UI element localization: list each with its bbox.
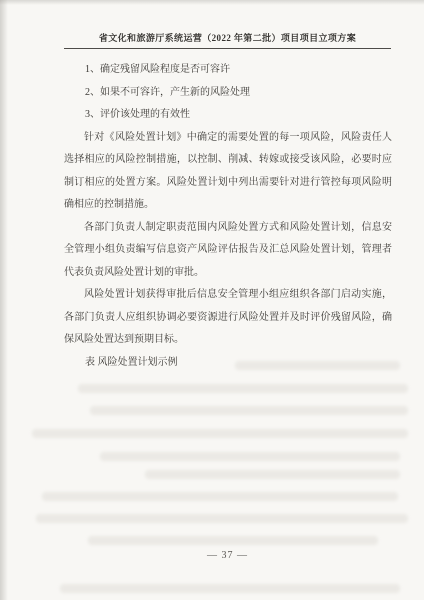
page-header-title: 省文化和旅游厅系统运营（2022 年第二批）项目项目立项方案 — [64, 31, 391, 44]
list-item-2: 2、如果不可容许，产生新的风险处理 — [64, 82, 392, 105]
page-number: — 37 — — [64, 550, 391, 561]
list-item-1: 1、确定残留风险程度是否可容许 — [64, 59, 392, 82]
list-item-3: 3、评价该处理的有效性 — [64, 104, 392, 127]
paragraph-3: 风险处置计划获得审批后信息安全管理小组应组织各部门启动实施，各部门负责人应组织协… — [64, 284, 392, 352]
paragraph-1: 针对《风险处置计划》中确定的需要处置的每一项风险，风险责任人选择相应的风险控制措… — [64, 127, 392, 217]
document-body: 1、确定残留风险程度是否可容许 2、如果不可容许，产生新的风险处理 3、评价该处… — [64, 59, 392, 374]
table-caption: 表 风险处置计划示例 — [64, 352, 392, 375]
header-rule — [64, 48, 391, 49]
paragraph-2: 各部门负责人制定职责范围内风险处置方式和风险处置计划，信息安全管理小组负责编写信… — [64, 217, 392, 285]
scan-edge-top — [0, 0, 424, 5]
scan-edge-left — [0, 0, 8, 600]
